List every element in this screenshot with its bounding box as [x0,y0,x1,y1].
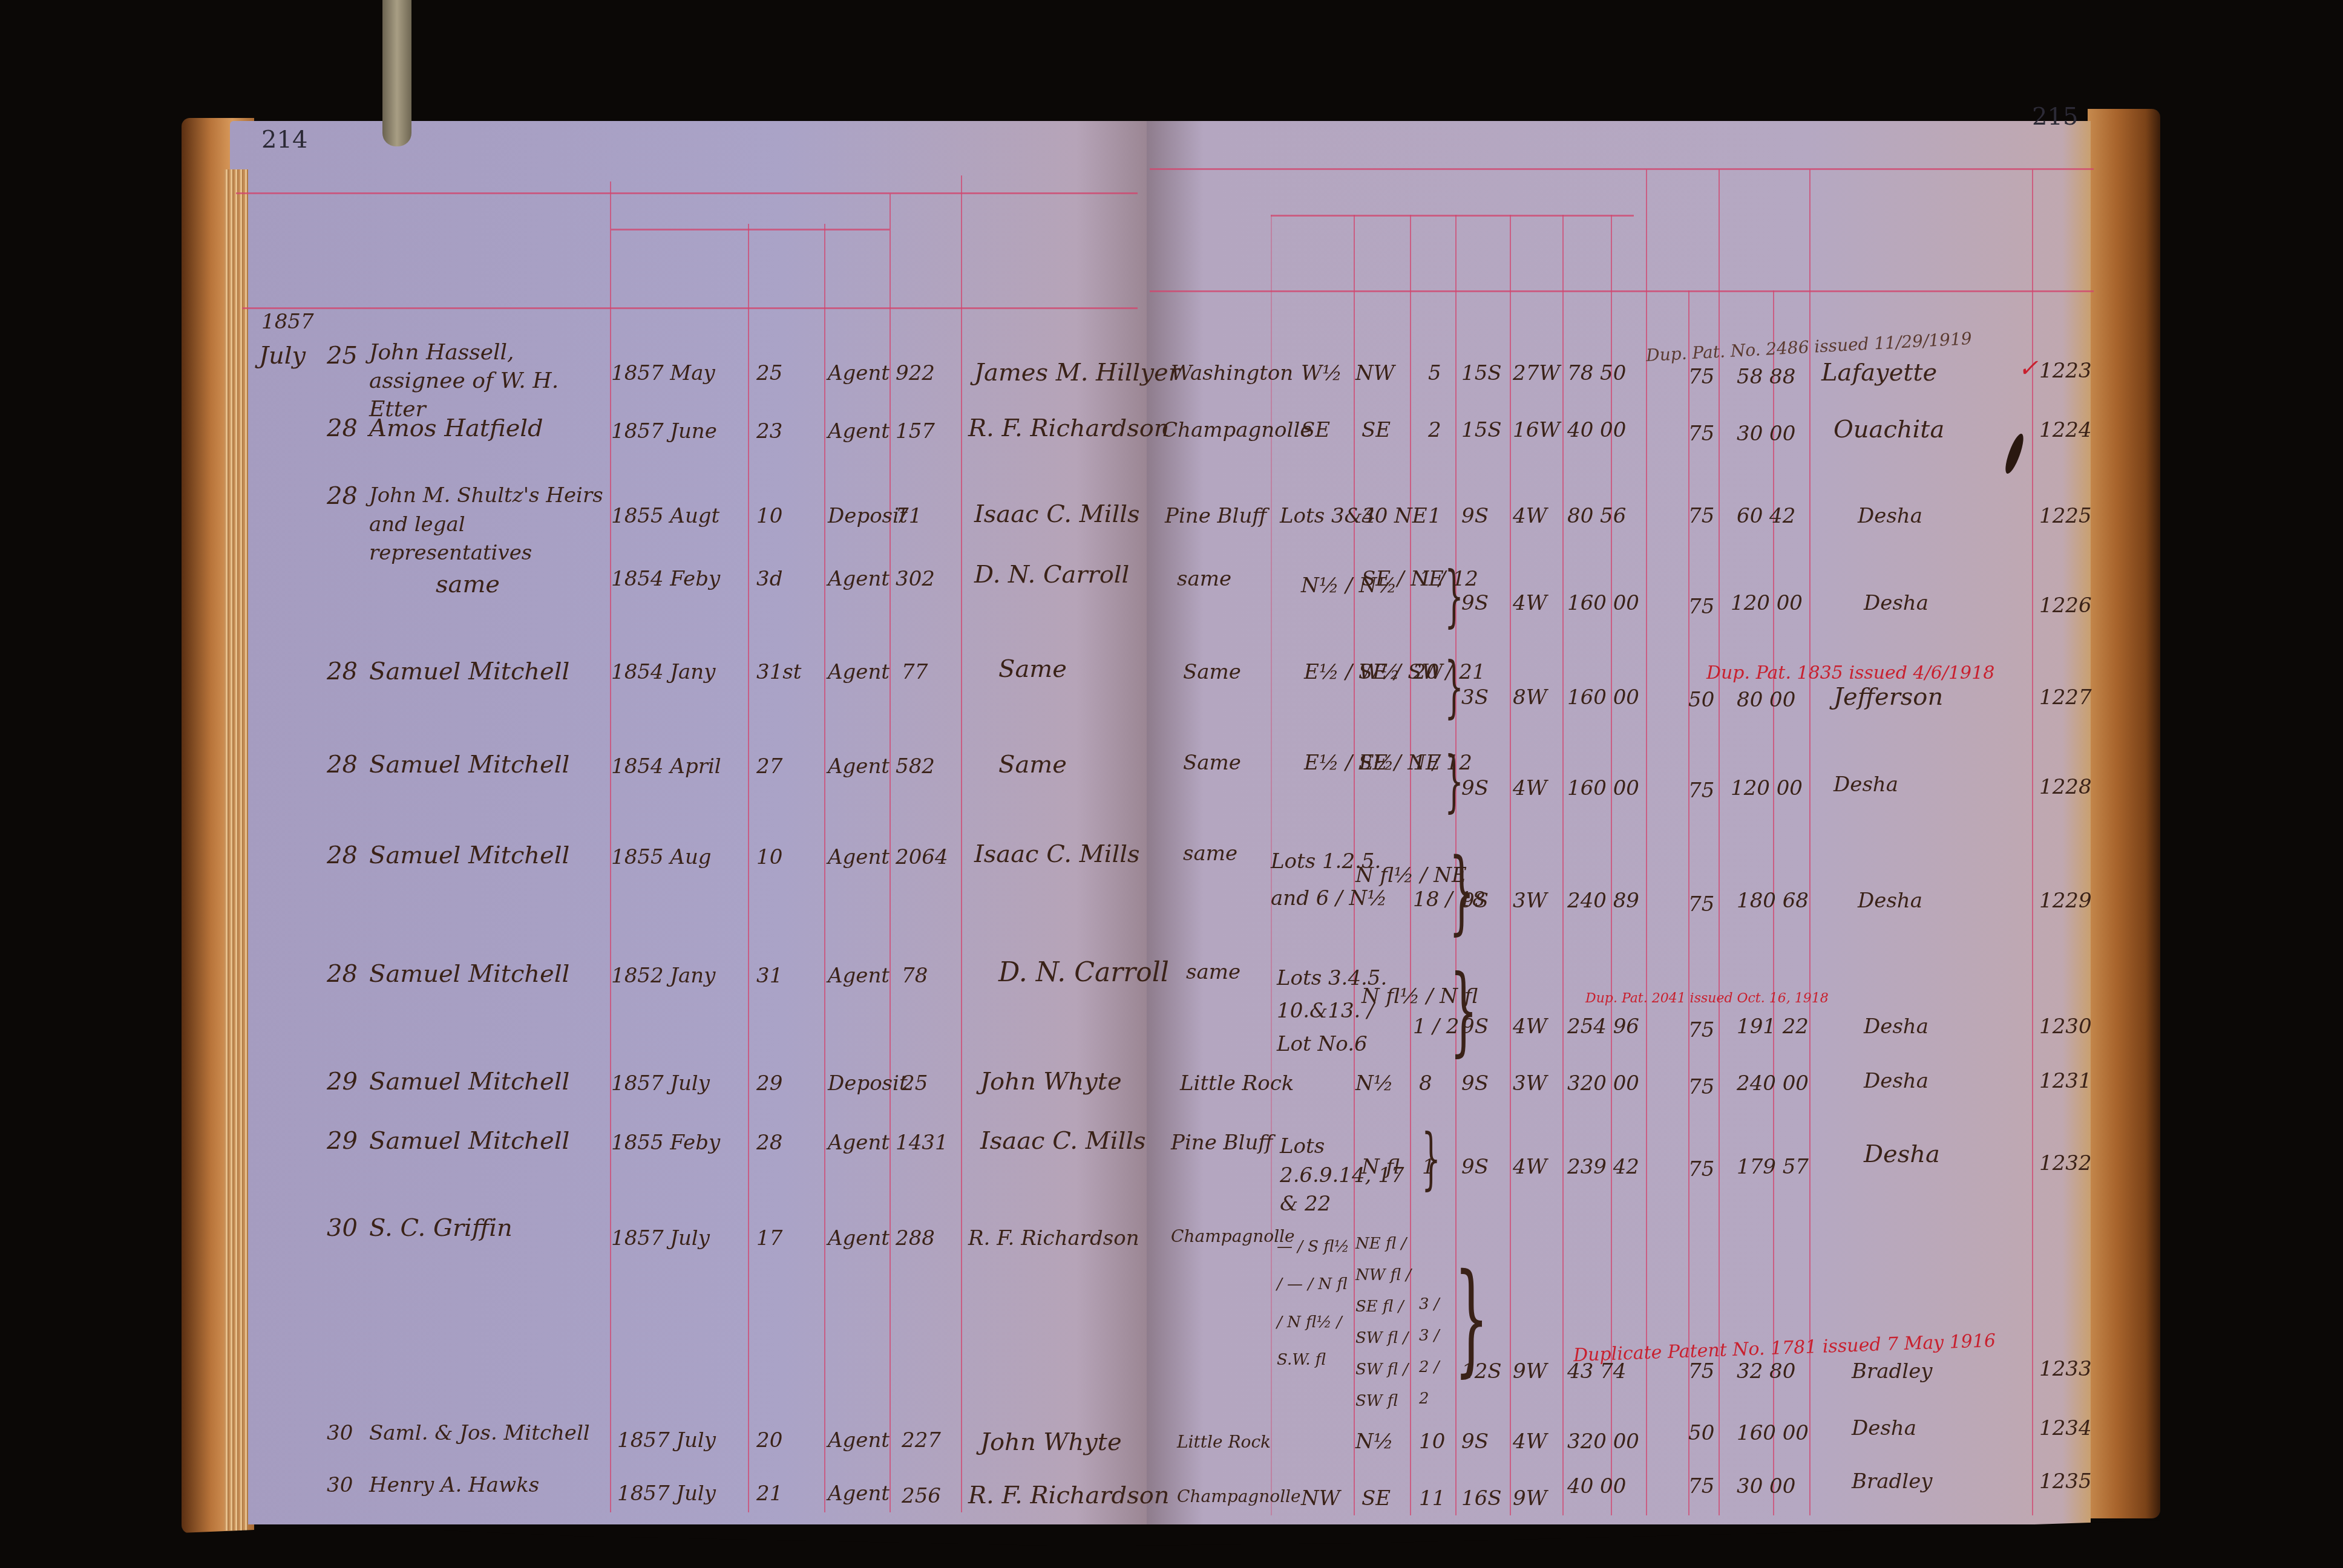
warrant-day: 23 [756,421,782,442]
entry-type: Agent [828,1228,890,1249]
amount: 120 00 [1731,593,1803,613]
entry-day: 25 [327,344,358,368]
amount: 58 88 [1737,367,1795,387]
entry-day: 29 [327,1070,358,1094]
amount: 160 00 [1737,1423,1809,1443]
entry-number: 288 [896,1228,935,1249]
section: 2 [1428,420,1441,440]
left-page [230,121,1150,1524]
section: 3 / 3 / 2 / 2 [1419,1289,1443,1414]
warrant-year-month: 1857 July [611,1228,710,1249]
bracket: } [1450,962,1478,1059]
warrant-day: 20 [756,1430,782,1451]
entry-name: Samuel Mitchell [369,753,569,777]
entry-type: Agent [828,363,890,384]
entry-type: Agent [828,662,890,682]
warrant-day: 17 [756,1228,782,1249]
township: 9S [1461,593,1489,613]
serial-number: 1229 [2039,890,2092,911]
entry-type: Agent [828,965,890,986]
range: 4W [1513,778,1547,799]
entry-type: Agent [828,847,890,867]
col-divider [748,224,749,1512]
entry-name: Amos Hatfield [369,416,543,440]
entry-number: 157 [896,421,935,442]
entry-number: 256 [902,1486,941,1506]
range: 4W [1513,1157,1547,1177]
acres: 320 00 [1567,1073,1639,1094]
entry-name: Saml. & Jos. Mitchell [369,1423,590,1443]
book-cover-right [2088,109,2160,1518]
warrant-year-month: 1854 Feby [611,569,720,589]
entry-type: Agent [828,756,890,777]
land-office: Same [1183,662,1241,682]
red-ink-note: Dup. Pat. 1835 issued 4/6/1918 [1706,664,1994,682]
rate: 75 [1688,1159,1714,1180]
official-name: James M. Hillyer [974,361,1180,385]
acres: 160 00 [1567,778,1639,799]
range: 3W [1513,890,1547,911]
township: 12S [1461,1361,1502,1382]
entry-name: Samuel Mitchell [369,659,569,684]
entry-day: 30 [327,1216,358,1240]
header-rule-bottom [242,307,1138,309]
rate: 75 [1688,506,1714,526]
county: Desha [1864,1071,1928,1091]
header-rule-top [236,192,1138,194]
entry-number: 77 [902,662,928,682]
warrant-year-month: 1854 April [611,756,721,777]
entry-day: 30 [327,1475,353,1495]
warrant-year-month: 1855 Feby [611,1132,720,1153]
amount: 120 00 [1731,778,1803,799]
serial-number: 1230 [2039,1016,2092,1037]
check-mark: ✓ [2018,354,2039,382]
entry-name: Samuel Mitchell [369,962,569,986]
amount: 240 00 [1737,1073,1809,1094]
land-office: Little Rock [1177,1434,1271,1451]
county: Jefferson [1833,685,1943,709]
quarter: N½ [1355,1431,1394,1452]
section: 1 [1422,1157,1435,1177]
land-office: Washington [1171,363,1293,384]
col-divider [1510,215,1511,1515]
range: 4W [1513,1016,1547,1037]
township: 9S [1461,778,1489,799]
county: Ouachita [1833,417,1944,442]
range: 9W [1513,1488,1547,1509]
land-office: Same [1183,753,1241,773]
subdivision: — / S fl½ / — / N fl / N fl½ / S.W. fl [1277,1228,1349,1379]
county: Desha [1864,1142,1940,1166]
township: 9S [1461,1431,1489,1452]
section: 5 [1428,363,1441,384]
acres: 240 89 [1567,890,1639,911]
amount: 32 80 [1737,1361,1795,1382]
quarter: N½ [1355,1073,1394,1094]
warrant-day: 10 [756,847,782,867]
entry-type: Deposit [828,1073,908,1094]
serial-number: 1228 [2039,777,2092,797]
warrant-year-month: 1857 July [617,1483,716,1504]
township: 9S [1461,506,1489,526]
entry-type: Agent [828,421,890,442]
range: 4W [1513,1431,1547,1452]
metal-clip [382,0,411,146]
entry-name: Henry A. Hawks [369,1475,539,1495]
quarter: SE [1362,1488,1391,1509]
land-office: Champagnolle [1162,420,1312,440]
warrant-day: 10 [756,506,782,526]
township: 9S [1461,1073,1489,1094]
header-rule-top [1150,168,2094,170]
rate: 75 [1688,780,1714,801]
warrant-year-month: 1855 Augt [611,506,719,526]
county: Desha [1833,774,1898,795]
acres: 160 00 [1567,593,1639,613]
official-name: R. F. Richardson [968,416,1170,440]
rate: 75 [1688,1077,1714,1097]
quarter: N fl [1362,1157,1400,1177]
rate: 50 [1688,690,1714,710]
header-rule-bottom [1150,290,2094,292]
entry-name: Samuel Mitchell [369,1070,569,1094]
quarter: 30 NE [1362,506,1427,526]
section: 8 [1419,1073,1432,1094]
range: 9W [1513,1361,1547,1382]
serial-number: 1231 [2039,1071,2092,1091]
entry-name: S. C. Griffin [369,1216,513,1240]
red-ink-note: Dup. Pat. 2041 issued Oct. 16, 1918 [1585,992,1829,1005]
land-office: Pine Bluff [1171,1132,1273,1153]
range: 27W [1513,363,1560,384]
entry-day: 28 [327,962,358,986]
county: Desha [1864,1016,1928,1037]
rate: 75 [1688,423,1714,444]
warrant-year-month: 1857 June [611,421,717,442]
rate: 50 [1688,1423,1714,1443]
warrant-day: 29 [756,1073,782,1094]
township: 15S [1461,363,1502,384]
ledger-photo: 214 215 1857 July 25 John Hassell, assig… [0,0,2343,1568]
acres: 239 42 [1567,1157,1639,1177]
section: 10 [1419,1431,1445,1452]
warrant-year-month: 1857 July [617,1430,716,1451]
range: 3W [1513,1073,1547,1094]
subdivision: NW [1301,1488,1340,1509]
entry-name: Samuel Mitchell [369,1129,569,1153]
serial-number: 1234 [2039,1418,2092,1439]
official-name: Isaac C. Mills [974,842,1140,866]
entry-number: 302 [896,569,935,589]
warrant-day: 27 [756,756,782,777]
quarter: NW [1355,363,1395,384]
official-name: Isaac C. Mills [974,502,1140,526]
entry-number: 25 [902,1073,928,1094]
entry-name: same [436,572,500,596]
county: Desha [1852,1418,1916,1439]
year-heading: 1857 [261,312,314,332]
subdivision: W½ [1301,363,1342,384]
land-office: Little Rock [1180,1073,1294,1094]
entry-number: 71 [896,506,922,526]
land-office: Champagnolle [1171,1228,1295,1245]
quarter: SE [1362,420,1391,440]
quarter: NE fl / NW fl / SE fl / SW fl / SW fl / … [1355,1228,1416,1417]
serial-number: 1223 [2039,361,2092,381]
entry-name: John M. Shultz's Heirs and legal represe… [369,482,605,568]
col-divider [1646,169,1647,1515]
official-name: Isaac C. Mills [980,1129,1146,1153]
subdivision: Lots 3.4.5. 10.&13. / Lot No.6 [1277,962,1398,1060]
col-divider [890,194,891,1512]
amount: 179 57 [1737,1157,1809,1177]
amount: 30 00 [1737,1476,1795,1497]
entry-number: 922 [896,363,935,384]
official-name: Same [998,657,1067,681]
entry-number: 582 [896,756,935,777]
township: 9S [1461,1157,1489,1177]
acres: 160 00 [1567,687,1639,708]
entry-day: 28 [327,416,358,440]
serial-number: 1225 [2039,506,2092,526]
township: 3S [1461,687,1489,708]
entry-day: 28 [327,753,358,777]
warrant-year-month: 1857 May [611,363,715,384]
amount: 30 00 [1737,423,1795,444]
entry-day: 28 [327,659,358,684]
entry-number: 227 [902,1430,941,1451]
section: 1 [1428,506,1441,526]
entry-number: 1431 [896,1132,948,1153]
col-divider [1611,215,1612,1515]
amount: 191 22 [1737,1016,1809,1037]
rate: 75 [1688,1361,1714,1382]
rate: 75 [1688,894,1714,915]
land-office: same [1183,843,1237,864]
county: Desha [1858,890,1922,911]
col-divider [1719,169,1720,1515]
land-office: same [1186,962,1240,982]
entry-day: 28 [327,843,358,867]
county: Desha [1864,593,1928,613]
page-edges [224,169,248,1530]
section: 11 [1419,1488,1445,1509]
rate: 75 [1688,1476,1714,1497]
official-name: D. N. Carroll [998,959,1169,986]
land-office: Champagnolle [1177,1488,1301,1505]
entry-type: Agent [828,1483,890,1504]
warrant-year-month: 1857 July [611,1073,710,1094]
acres: 40 00 [1567,420,1626,440]
month-heading: July [259,344,306,368]
entry-type: Agent [828,1132,890,1153]
serial-number: 1235 [2039,1471,2092,1492]
left-page-number: 214 [261,126,307,154]
serial-number: 1226 [2039,595,2092,616]
warrant-day: 31 [756,965,782,986]
warrant-day: 3d [756,569,782,589]
land-office: Pine Bluff [1165,506,1267,526]
range: 4W [1513,593,1547,613]
right-page-number: 215 [2032,103,2078,131]
county: Lafayette [1821,361,1937,385]
acres: 254 96 [1567,1016,1639,1037]
official-name: D. N. Carroll [974,563,1129,587]
col-divider [824,224,825,1512]
entry-name: John Hassell, assignee of W. H. Etter [369,339,605,423]
entry-day: 28 [327,484,358,508]
warrant-day: 21 [756,1483,782,1504]
county: Bradley [1852,1361,1932,1382]
official-name: John Whyte [980,1070,1122,1094]
acres: 80 56 [1567,506,1626,526]
entry-name: Samuel Mitchell [369,843,569,867]
township: 15S [1461,420,1502,440]
township: 16S [1461,1488,1502,1509]
subdivision: SE [1301,420,1330,440]
range: 16W [1513,420,1560,440]
amount: 60 42 [1737,506,1795,526]
warrant-day: 28 [756,1132,782,1153]
acres: 320 00 [1567,1431,1639,1452]
col-divider [1562,215,1564,1515]
official-name: R. F. Richardson [968,1228,1139,1249]
warrant-day: 25 [756,363,782,384]
entry-type: Agent [828,1430,890,1451]
acres: 40 00 [1567,1476,1626,1497]
serial-number: 1233 [2039,1359,2092,1379]
warrant-day: 31st [756,662,801,682]
county: Bradley [1852,1471,1932,1492]
warrant-year-month: 1854 Jany [611,662,715,682]
range: 8W [1513,687,1547,708]
warrant-year-month: 1852 Jany [611,965,715,986]
official-name: John Whyte [980,1430,1122,1454]
rate: 75 [1688,596,1714,617]
serial-number: 1232 [2039,1153,2092,1174]
acres: 78 50 [1567,363,1626,384]
entry-day: 29 [327,1129,358,1153]
col-divider [1809,169,1810,1515]
range: 4W [1513,506,1547,526]
entry-number: 2064 [896,847,948,867]
amount: 80 00 [1737,690,1795,710]
amount: 180 68 [1737,890,1809,911]
township: 9S [1461,890,1489,911]
warrant-year-month: 1855 Aug [611,847,712,867]
entry-day: 30 [327,1423,353,1443]
header-rule-sub [1271,215,1634,217]
land-office: same [1177,569,1231,589]
official-name: R. F. Richardson [968,1483,1170,1508]
township: 9S [1461,1016,1489,1037]
header-rule-sub [611,229,890,230]
entry-number: 78 [902,965,928,986]
rate: 75 [1688,1020,1714,1040]
county: Desha [1858,506,1922,526]
col-divider [961,175,962,1512]
rate: 75 [1688,367,1714,387]
serial-number: 1227 [2039,687,2092,708]
serial-number: 1224 [2039,420,2092,440]
official-name: Same [998,753,1067,777]
entry-type: Agent [828,569,890,589]
